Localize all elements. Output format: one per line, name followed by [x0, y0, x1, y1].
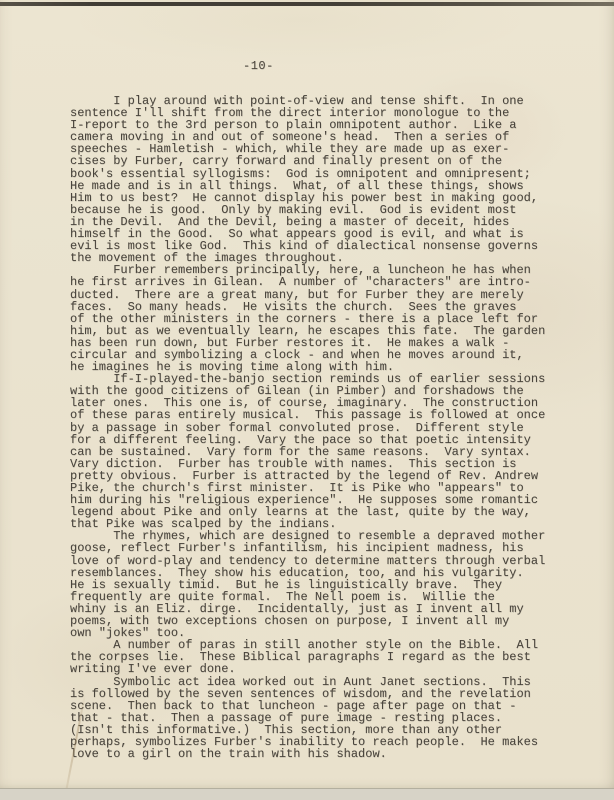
paragraph: I play around with point-of-view and ten…	[70, 95, 570, 264]
paragraph: Furber remembers principally, here, a lu…	[70, 264, 570, 373]
scan-bottom-edge	[0, 788, 614, 800]
paragraph: A number of paras in still another style…	[70, 639, 570, 675]
typed-text: I play around with point-of-view and ten…	[70, 95, 570, 760]
paragraph: Symbolic act idea worked out in Aunt Jan…	[70, 676, 570, 761]
paragraph: The rhymes, which are designed to resemb…	[70, 530, 570, 639]
scan-top-edge	[0, 2, 614, 6]
paragraph: If-I-played-the-banjo section reminds us…	[70, 373, 570, 530]
paper-page: -10- I play around with point-of-view an…	[0, 0, 614, 789]
page-number: -10-	[243, 59, 274, 73]
